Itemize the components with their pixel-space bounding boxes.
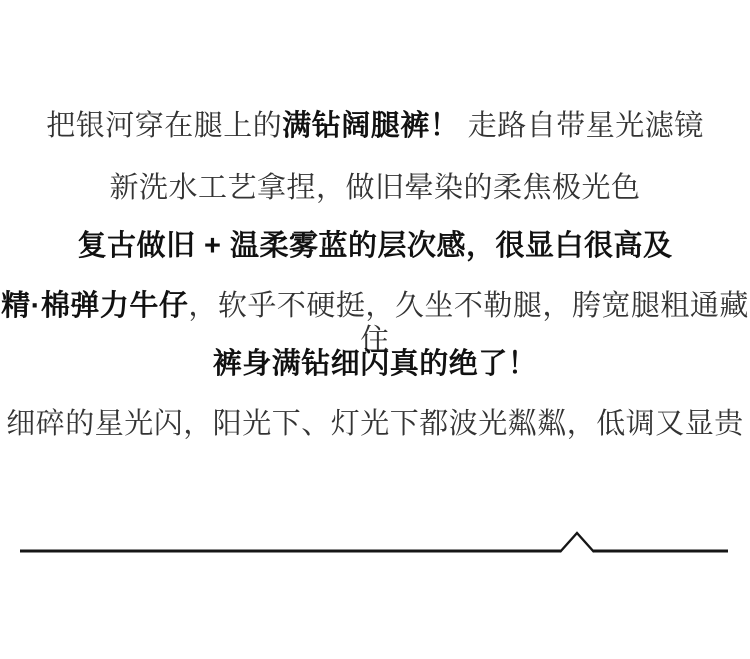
description-line: 裤身满钻细闪真的绝了！ xyxy=(0,347,750,381)
text-segment: 细碎的星光闪，阳光下、灯光下都波光粼粼，低调又显贵 xyxy=(6,408,744,440)
text-segment-bold: 裤身满钻细闪真的绝了！ xyxy=(213,348,538,380)
description-line: 新洗水工艺拿捏，做旧晕染的柔焦极光色 xyxy=(0,171,750,205)
text-segment-bold: 精·棉弹力牛仔 xyxy=(1,290,188,322)
text-segment-bold: 满钻阔腿裤！ xyxy=(282,110,459,142)
text-segment-bold: 复古做旧 + 温柔雾蓝的层次感，很显白很高及 xyxy=(77,230,672,262)
text-segment: 把银河穿在腿上的 xyxy=(46,110,282,142)
text-segment: 新洗水工艺拿捏，做旧晕染的柔焦极光色 xyxy=(109,172,640,204)
product-description-panel: 把银河穿在腿上的满钻阔腿裤！ 走路自带星光滤镜 新洗水工艺拿捏，做旧晕染的柔焦极… xyxy=(0,0,750,659)
description-line: 把银河穿在腿上的满钻阔腿裤！ 走路自带星光滤镜 xyxy=(0,109,750,143)
text-segment: 走路自带星光滤镜 xyxy=(459,110,704,142)
description-line: 细碎的星光闪，阳光下、灯光下都波光粼粼，低调又显贵 xyxy=(0,407,750,441)
up-caret-icon xyxy=(560,533,594,552)
divider-up-caret-rule xyxy=(0,524,750,564)
description-line: 复古做旧 + 温柔雾蓝的层次感，很显白很高及 xyxy=(0,229,750,263)
